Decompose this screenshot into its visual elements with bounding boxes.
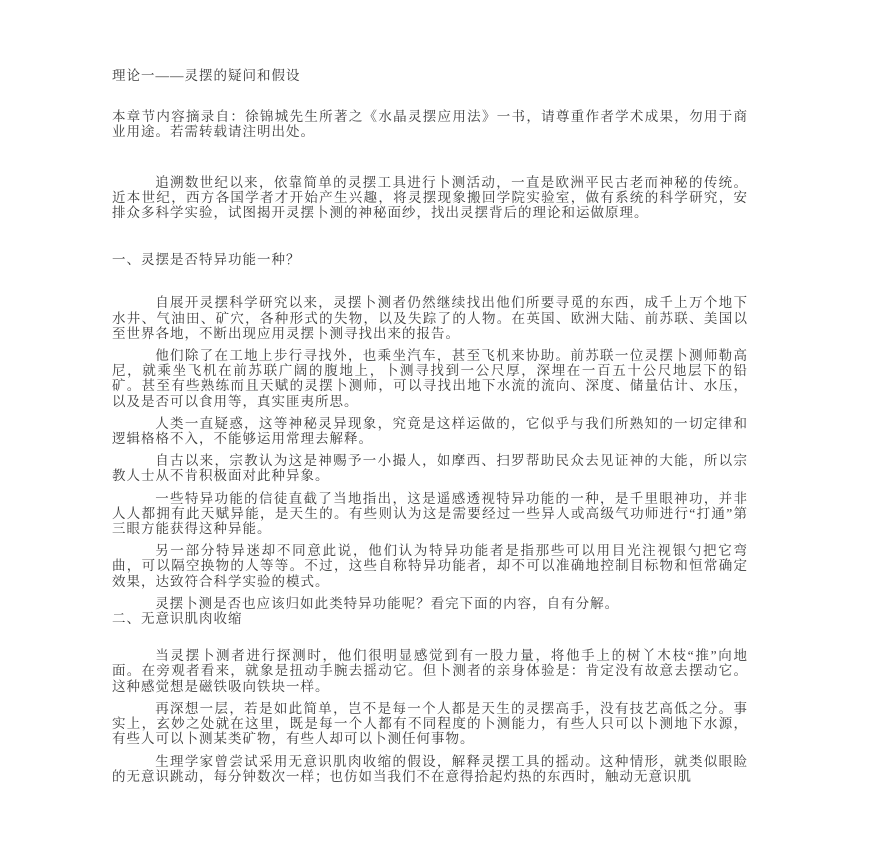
section1-paragraph-3: 人类一直疑惑，这等神秘灵异现象，究竟是这样运做的，它似乎与我们所熟知的一切定律和… <box>112 416 748 446</box>
section2-paragraph-2: 再深想一层，若是如此简单，岂不是每一个人都是天生的灵摆高手，没有技艺高低之分。事… <box>112 701 748 747</box>
copyright-note: 本章节内容摘录自：徐锦城先生所著之《水晶灵摆应用法》一书，请尊重作者学术成果，勿… <box>112 109 748 139</box>
section1-paragraph-4: 自古以来，宗教认为这是神赐予一小撮人，如摩西、扫罗帮助民众去见证神的大能，所以宗… <box>112 453 748 483</box>
section1-paragraph-2: 他们除了在工地上步行寻找外，也乘坐汽车，甚至飞机来协助。前苏联一位灵摆卜测师勒高… <box>112 348 748 409</box>
section2-paragraph-1: 当灵摆卜测者进行探测时，他们很明显感觉到有一股力量，将他手上的树丫木枝“推”向地… <box>112 648 748 694</box>
section1-paragraph-7: 灵摆卜测是否也应该归如此类特异功能呢？看完下面的内容，自有分解。 <box>112 596 748 611</box>
intro-paragraph: 追溯数世纪以来，依靠简单的灵摆工具进行卜测活动，一直是欧洲平民古老而神秘的传统。… <box>112 175 748 221</box>
section1-heading: 一、灵摆是否特异功能一种？ <box>112 252 748 267</box>
section2-heading: 二、无意识肌肉收缩 <box>112 611 748 626</box>
document-page: 理论一——灵摆的疑问和假设 本章节内容摘录自：徐锦城先生所著之《水晶灵摆应用法》… <box>0 0 870 842</box>
section1-paragraph-1: 自展开灵摆科学研究以来，灵摆卜测者仍然继续找出他们所要寻觅的东西，成千上万个地下… <box>112 295 748 341</box>
section1-paragraph-5: 一些特异功能的信徒直截了当地指出，这是遥感透视特异功能的一种，是千里眼神功，并非… <box>112 491 748 537</box>
section1-paragraph-6: 另一部分特异迷却不同意此说，他们认为特异功能者是指那些可以用目光注视银勺把它弯曲… <box>112 543 748 589</box>
section2-paragraph-3: 生理学家曾尝试采用无意识肌肉收缩的假设，解释灵摆工具的摇动。这种情形，就类似眼睑… <box>112 754 748 784</box>
page-title: 理论一——灵摆的疑问和假设 <box>112 68 748 83</box>
document-content: 理论一——灵摆的疑问和假设 本章节内容摘录自：徐锦城先生所著之《水晶灵摆应用法》… <box>112 68 748 784</box>
